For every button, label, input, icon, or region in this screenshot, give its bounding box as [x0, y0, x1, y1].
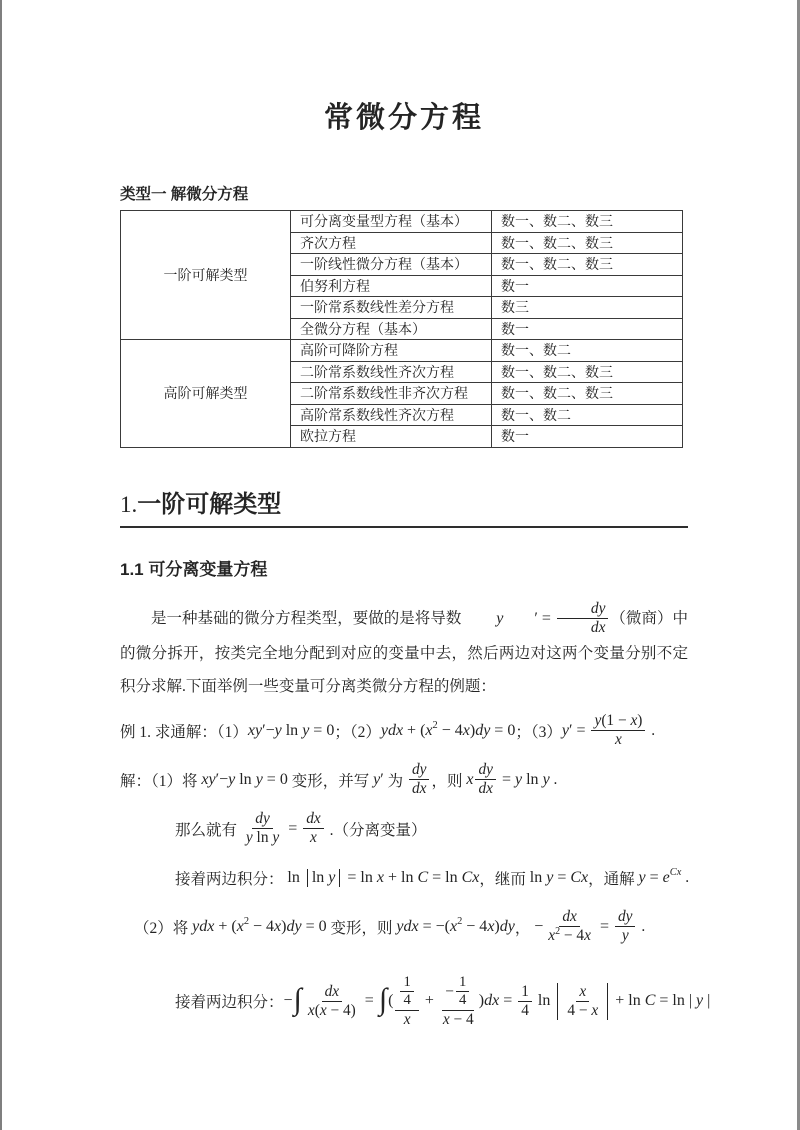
section-1-number: 1.	[120, 492, 137, 517]
classification-table-body: 一阶可解类型可分离变量型方程（基本）数一、数二、数三齐次方程数一、数二、数三一阶…	[121, 211, 683, 448]
integral-sign: ∫	[379, 986, 387, 1013]
math-expression: y′ = y(1 − x)x	[562, 712, 648, 749]
line-example-1: 例 1. 求通解：（1）xy′−y ln y = 0；（2）ydx + (x2 …	[120, 710, 688, 752]
math-expression: dyy ln y = dxx	[241, 810, 326, 847]
math-expression: y = eCx	[639, 869, 682, 887]
math-expression: ydx + (x2 − 4x)dy = 0	[381, 722, 515, 740]
math-expression: y′ = dydx	[465, 600, 610, 637]
document-title: 常微分方程	[120, 0, 688, 136]
math-expression: ln y = Cx	[530, 869, 588, 887]
math-expression: xy′−y ln y = 0	[248, 722, 334, 740]
fraction: dyy	[615, 908, 636, 945]
line-solution-2: （2）将 ydx + (x2 − 4x)dy = 0 变形，则 ydx = −(…	[120, 906, 688, 948]
table-row: 高阶可解类型高阶可降阶方程数一、数二	[121, 340, 683, 362]
exam-scope-cell: 数一、数二、数三	[492, 254, 683, 276]
section-1-1-heading: 1.1 可分离变量方程	[120, 555, 688, 580]
table-group-label: 一阶可解类型	[121, 211, 291, 340]
classification-table: 一阶可解类型可分离变量型方程（基本）数一、数二、数三齐次方程数一、数二、数三一阶…	[120, 210, 683, 448]
fraction: −14x − 4	[440, 974, 477, 1029]
equation-type-cell: 欧拉方程	[291, 426, 492, 448]
math-expression: xy′−y ln y = 0	[201, 771, 287, 789]
line-solution-1: 解：（1）将 xy′−y ln y = 0 变形，并写 y′ 为 dydx，则 …	[120, 759, 688, 801]
fraction: 14	[456, 974, 469, 1010]
equation-type-cell: 二阶常系数线性齐次方程	[291, 361, 492, 383]
exam-scope-cell: 数一、数二	[492, 404, 683, 426]
line-integrate-both-sides-2: 接着两边积分：−∫dxx(x − 4) = ∫(14x + −14x − 4)d…	[120, 974, 688, 1029]
absolute-value: ln y	[307, 869, 341, 887]
fraction: 14	[400, 974, 413, 1010]
integral-sign: ∫	[294, 986, 302, 1013]
equation-type-cell: 全微分方程（基本）	[291, 318, 492, 340]
math-expression: ydx + (x2 − 4x)dy = 0	[192, 918, 326, 936]
line-separate-variables: 那么就有 dyy ln y = dxx .（分离变量）	[120, 808, 688, 850]
page-edge-left	[0, 0, 2, 1130]
exam-scope-cell: 数一、数二	[492, 340, 683, 362]
equation-type-cell: 高阶可降阶方程	[291, 340, 492, 362]
fraction: dydx	[557, 600, 609, 637]
exam-scope-cell: 数三	[492, 297, 683, 319]
equation-type-cell: 一阶线性微分方程（基本）	[291, 254, 492, 276]
exam-scope-cell: 数一、数二、数三	[492, 361, 683, 383]
fraction: dyy ln y	[243, 810, 282, 847]
line-integrate-both-sides-1: 接着两边积分： ln ln y = ln x + ln C = ln Cx，继而…	[120, 857, 688, 899]
fraction: x4 − x	[564, 983, 601, 1020]
table-group-label: 高阶可解类型	[121, 340, 291, 448]
equation-type-cell: 一阶常系数线性差分方程	[291, 297, 492, 319]
fraction: dxx	[303, 810, 324, 847]
section-1-heading: 1.一阶可解类型	[120, 484, 688, 519]
exam-scope-cell: 数一、数二、数三	[492, 211, 683, 233]
section-rule	[120, 526, 688, 528]
equation-type-cell: 可分离变量型方程（基本）	[291, 211, 492, 233]
table-heading: 类型一 解微分方程	[120, 182, 688, 204]
exam-scope-cell: 数一、数二、数三	[492, 383, 683, 405]
exam-scope-cell: 数一	[492, 426, 683, 448]
equation-type-cell: 齐次方程	[291, 232, 492, 254]
math-expression: −dxx2 − 4x = dyy	[534, 908, 637, 945]
exam-scope-cell: 数一	[492, 275, 683, 297]
fraction: dydx	[475, 761, 496, 798]
intro-paragraph: 是一种基础的微分方程类型，要做的是将导数 y′ = dydx（微商）中的微分拆开…	[120, 600, 688, 703]
fraction: dxx(x − 4)	[305, 983, 359, 1020]
math-expression: ln ln y = ln x + ln C = ln Cx	[287, 869, 479, 887]
section-1-title: 一阶可解类型	[137, 491, 281, 518]
math-expression: y′	[373, 771, 384, 789]
fraction: dxx2 − 4x	[545, 908, 594, 945]
math-expression: −∫dxx(x − 4) = ∫(14x + −14x − 4)dx = 14 …	[284, 974, 711, 1029]
math-expression: xdydx = y ln y	[466, 761, 549, 798]
math-expression: dydx	[407, 761, 432, 798]
math-expression: ydx = −(x2 − 4x)dy	[396, 918, 514, 936]
solution-lines: 例 1. 求通解：（1）xy′−y ln y = 0；（2）ydx + (x2 …	[120, 710, 688, 1029]
page-content: 常微分方程 类型一 解微分方程 一阶可解类型可分离变量型方程（基本）数一、数二、…	[120, 0, 688, 1029]
fraction: y(1 − x)x	[591, 712, 645, 749]
fraction: 14x	[395, 974, 418, 1029]
document-page: 常微分方程 类型一 解微分方程 一阶可解类型可分离变量型方程（基本）数一、数二、…	[0, 0, 800, 1130]
fraction: dydx	[409, 761, 430, 798]
table-row: 一阶可解类型可分离变量型方程（基本）数一、数二、数三	[121, 211, 683, 233]
equation-type-cell: 伯努利方程	[291, 275, 492, 297]
exam-scope-cell: 数一、数二、数三	[492, 232, 683, 254]
equation-type-cell: 二阶常系数线性非齐次方程	[291, 383, 492, 405]
fraction: 14	[518, 983, 532, 1020]
equation-type-cell: 高阶常系数线性齐次方程	[291, 404, 492, 426]
exam-scope-cell: 数一	[492, 318, 683, 340]
absolute-value: x4 − x	[557, 983, 608, 1020]
